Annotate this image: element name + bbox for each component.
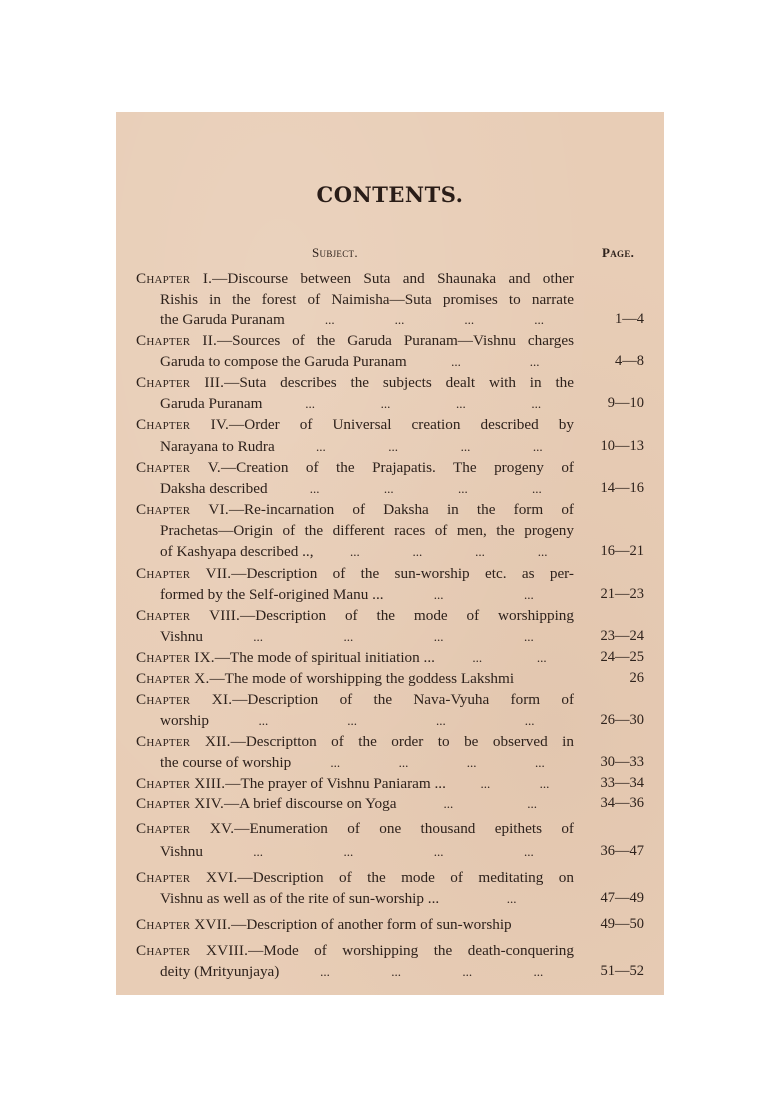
chapter-title-text: —Creation of the Prajapatis. The progeny…: [221, 459, 574, 476]
dot-leaders: ......: [397, 793, 575, 814]
chapter-title-text: —Enumeration of one thousand epithets of: [234, 820, 574, 837]
page-range: 30—33: [584, 752, 644, 773]
toc-line: Daksha described............: [160, 478, 574, 499]
chapter-label: Chapter XI.: [136, 691, 232, 708]
chapter-label: Chapter I.: [136, 270, 212, 287]
toc-line: Chapter III.—Suta describes the subjects…: [136, 372, 574, 393]
chapter-label: Chapter XVII.: [136, 916, 231, 933]
toc-line: Chapter II.—Sources of the Garuda Purana…: [136, 330, 574, 351]
toc-line: deity (Mrityunjaya)............: [160, 961, 574, 982]
page-range: 24—25: [584, 647, 644, 668]
chapter-label: Chapter IX.: [136, 649, 215, 666]
chapter-title-text: Rishis in the forest of Naimisha—Suta pr…: [160, 291, 574, 308]
page-range: 9—10: [584, 393, 644, 414]
toc-line: Chapter XIV.—A brief discourse on Yoga..…: [136, 793, 574, 814]
page-range: 34—36: [584, 793, 644, 814]
page-range: 26—30: [584, 710, 644, 731]
toc-line: Chapter XII.—Descriptton of the order to…: [136, 731, 574, 752]
toc-line: Chapter VII.—Description of the sun-wors…: [136, 563, 574, 584]
chapter-title-text: Garuda to compose the Garuda Puranam: [160, 353, 407, 370]
toc-line: Chapter VIII.—Description of the mode of…: [136, 605, 574, 626]
dot-leaders: ......: [435, 647, 574, 668]
toc-line: Rishis in the forest of Naimisha—Suta pr…: [160, 289, 574, 310]
chapter-title-text: —The mode of spiritual initiation ...: [215, 649, 435, 666]
toc-line: Prachetas—Origin of the different races …: [160, 520, 574, 541]
toc-line: Vishnu............: [160, 841, 574, 862]
chapter-label: Chapter XIV.: [136, 795, 224, 812]
page-range: 26: [584, 668, 644, 689]
chapter-title-text: Narayana to Rudra: [160, 438, 275, 455]
page-range: 23—24: [584, 626, 644, 647]
chapter-title-text: —Descriptton of the order to be observed…: [231, 733, 574, 750]
chapter-title-text: —A brief discourse on Yoga: [224, 795, 397, 812]
page-range: 33—34: [584, 773, 644, 794]
chapter-title-text: Vishnu: [160, 628, 203, 645]
dot-leaders: ............: [285, 309, 574, 330]
chapter-label: Chapter VIII.: [136, 607, 240, 624]
chapter-title-text: —The mode of worshipping the goddess Lak…: [209, 670, 514, 687]
chapter-title-text: —Mode of worshipping the death-conquerin…: [248, 942, 574, 959]
toc-line: Chapter IX.—The mode of spiritual initia…: [136, 647, 574, 668]
page-range: 14—16: [584, 478, 644, 499]
chapter-label: Chapter III.: [136, 374, 224, 391]
chapter-label: Chapter X.: [136, 670, 209, 687]
dot-leaders: ............: [262, 393, 574, 414]
dot-leaders: ............: [203, 841, 574, 862]
chapter-title-text: of Kashyapa described ..,: [160, 543, 314, 560]
chapter-title-text: —Re-incarnation of Daksha in the form of: [229, 501, 574, 518]
page-range: 36—47: [584, 841, 644, 862]
chapter-label: Chapter XII.: [136, 733, 231, 750]
dot-leaders: [514, 668, 574, 689]
page-range: 16—21: [584, 541, 644, 562]
toc-line: Vishnu............: [160, 626, 574, 647]
toc-line: Chapter XV.—Enumeration of one thousand …: [136, 818, 574, 839]
chapter-label: Chapter XVI.: [136, 869, 238, 886]
toc-line: Chapter VI.—Re-incarnation of Daksha in …: [136, 499, 574, 520]
toc-line: formed by the Self-origined Manu .......…: [160, 584, 574, 605]
dot-leaders: ............: [268, 478, 574, 499]
toc-line: Chapter XVII.—Description of another for…: [136, 914, 574, 935]
chapter-title-text: formed by the Self-origined Manu ...: [160, 586, 384, 603]
chapter-title-text: —Description of the mode of meditating o…: [238, 869, 574, 886]
toc-line: Vishnu as well as of the rite of sun-wor…: [160, 888, 574, 909]
toc-line: Chapter I.—Discourse between Suta and Sh…: [136, 268, 574, 289]
chapter-title-text: —Discourse between Suta and Shaunaka and…: [212, 270, 574, 287]
chapter-label: Chapter VII.: [136, 565, 231, 582]
page-range: 10—13: [584, 436, 644, 457]
chapter-title-text: Prachetas—Origin of the different races …: [160, 522, 574, 539]
chapter-title-text: —Description of another form of sun-wors…: [231, 916, 512, 933]
toc-line: Narayana to Rudra............: [160, 436, 574, 457]
chapter-title-text: the Garuda Puranam: [160, 311, 285, 328]
chapter-title-text: —Description of the Nava-Vyuha form of: [232, 691, 574, 708]
chapter-title-text: —Description of the sun-worship etc. as …: [231, 565, 574, 582]
book-page: CONTENTS. Subject. Page. Chapter I.—Disc…: [116, 112, 664, 995]
page-range: 1—4: [584, 309, 644, 330]
chapter-title-text: Garuda Puranam: [160, 395, 262, 412]
chapter-title-text: worship: [160, 712, 209, 729]
toc-line: Chapter XVI.—Description of the mode of …: [136, 867, 574, 888]
toc-line: Chapter IV.—Order of Universal creation …: [136, 414, 574, 435]
chapter-title-text: Vishnu as well as of the rite of sun-wor…: [160, 890, 439, 907]
toc-line: Chapter XI.—Description of the Nava-Vyuh…: [136, 689, 574, 710]
chapter-title-text: Vishnu: [160, 843, 203, 860]
chapter-label: Chapter II.: [136, 332, 217, 349]
page-range: 4—8: [584, 351, 644, 372]
chapter-label: Chapter VI.: [136, 501, 229, 518]
chapter-title-text: —Suta describes the subjects dealt with …: [224, 374, 574, 391]
dot-leaders: ......: [384, 584, 574, 605]
chapter-title-text: —The prayer of Vishnu Paniaram ...: [225, 775, 446, 792]
page-range: 49—50: [584, 914, 644, 935]
dot-leaders: [512, 914, 574, 935]
toc-line: Chapter V.—Creation of the Prajapatis. T…: [136, 457, 574, 478]
dot-leaders: ............: [275, 436, 574, 457]
dot-leaders: ......: [446, 773, 574, 794]
chapter-label: Chapter XVIII.: [136, 942, 248, 959]
dot-leaders: ............: [209, 710, 574, 731]
toc-line: of Kashyapa described ..,............: [160, 541, 574, 562]
page-range: 47—49: [584, 888, 644, 909]
page-range: 21—23: [584, 584, 644, 605]
toc-line: Chapter X.—The mode of worshipping the g…: [136, 668, 574, 689]
dot-leaders: ............: [291, 752, 574, 773]
toc-line: Garuda Puranam............: [160, 393, 574, 414]
toc-line: worship............: [160, 710, 574, 731]
dot-leaders: ............: [203, 626, 574, 647]
chapter-label: Chapter XV.: [136, 820, 234, 837]
toc-line: Garuda to compose the Garuda Puranam....…: [160, 351, 574, 372]
chapter-title-text: —Sources of the Garuda Puranam—Vishnu ch…: [217, 332, 574, 349]
chapter-label: Chapter IV.: [136, 416, 229, 433]
dot-leaders: ...: [439, 888, 574, 909]
toc-line: Chapter XVIII.—Mode of worshipping the d…: [136, 940, 574, 961]
chapter-label: Chapter XIII.: [136, 775, 225, 792]
chapter-label: Chapter V.: [136, 459, 221, 476]
dot-leaders: ............: [314, 541, 574, 562]
page-range: 51—52: [584, 961, 644, 982]
chapter-title-text: deity (Mrityunjaya): [160, 963, 279, 980]
toc-line: Chapter XIII.—The prayer of Vishnu Pania…: [136, 773, 574, 794]
chapter-title-text: Daksha described: [160, 480, 268, 497]
toc-line: the course of worship............: [160, 752, 574, 773]
table-of-contents: Chapter I.—Discourse between Suta and Sh…: [116, 112, 664, 995]
toc-line: the Garuda Puranam............: [160, 309, 574, 330]
chapter-title-text: —Order of Universal creation described b…: [229, 416, 574, 433]
chapter-title-text: the course of worship: [160, 754, 291, 771]
dot-leaders: ......: [407, 351, 574, 372]
dot-leaders: ............: [279, 961, 574, 982]
chapter-title-text: —Description of the mode of worshipping: [240, 607, 574, 624]
